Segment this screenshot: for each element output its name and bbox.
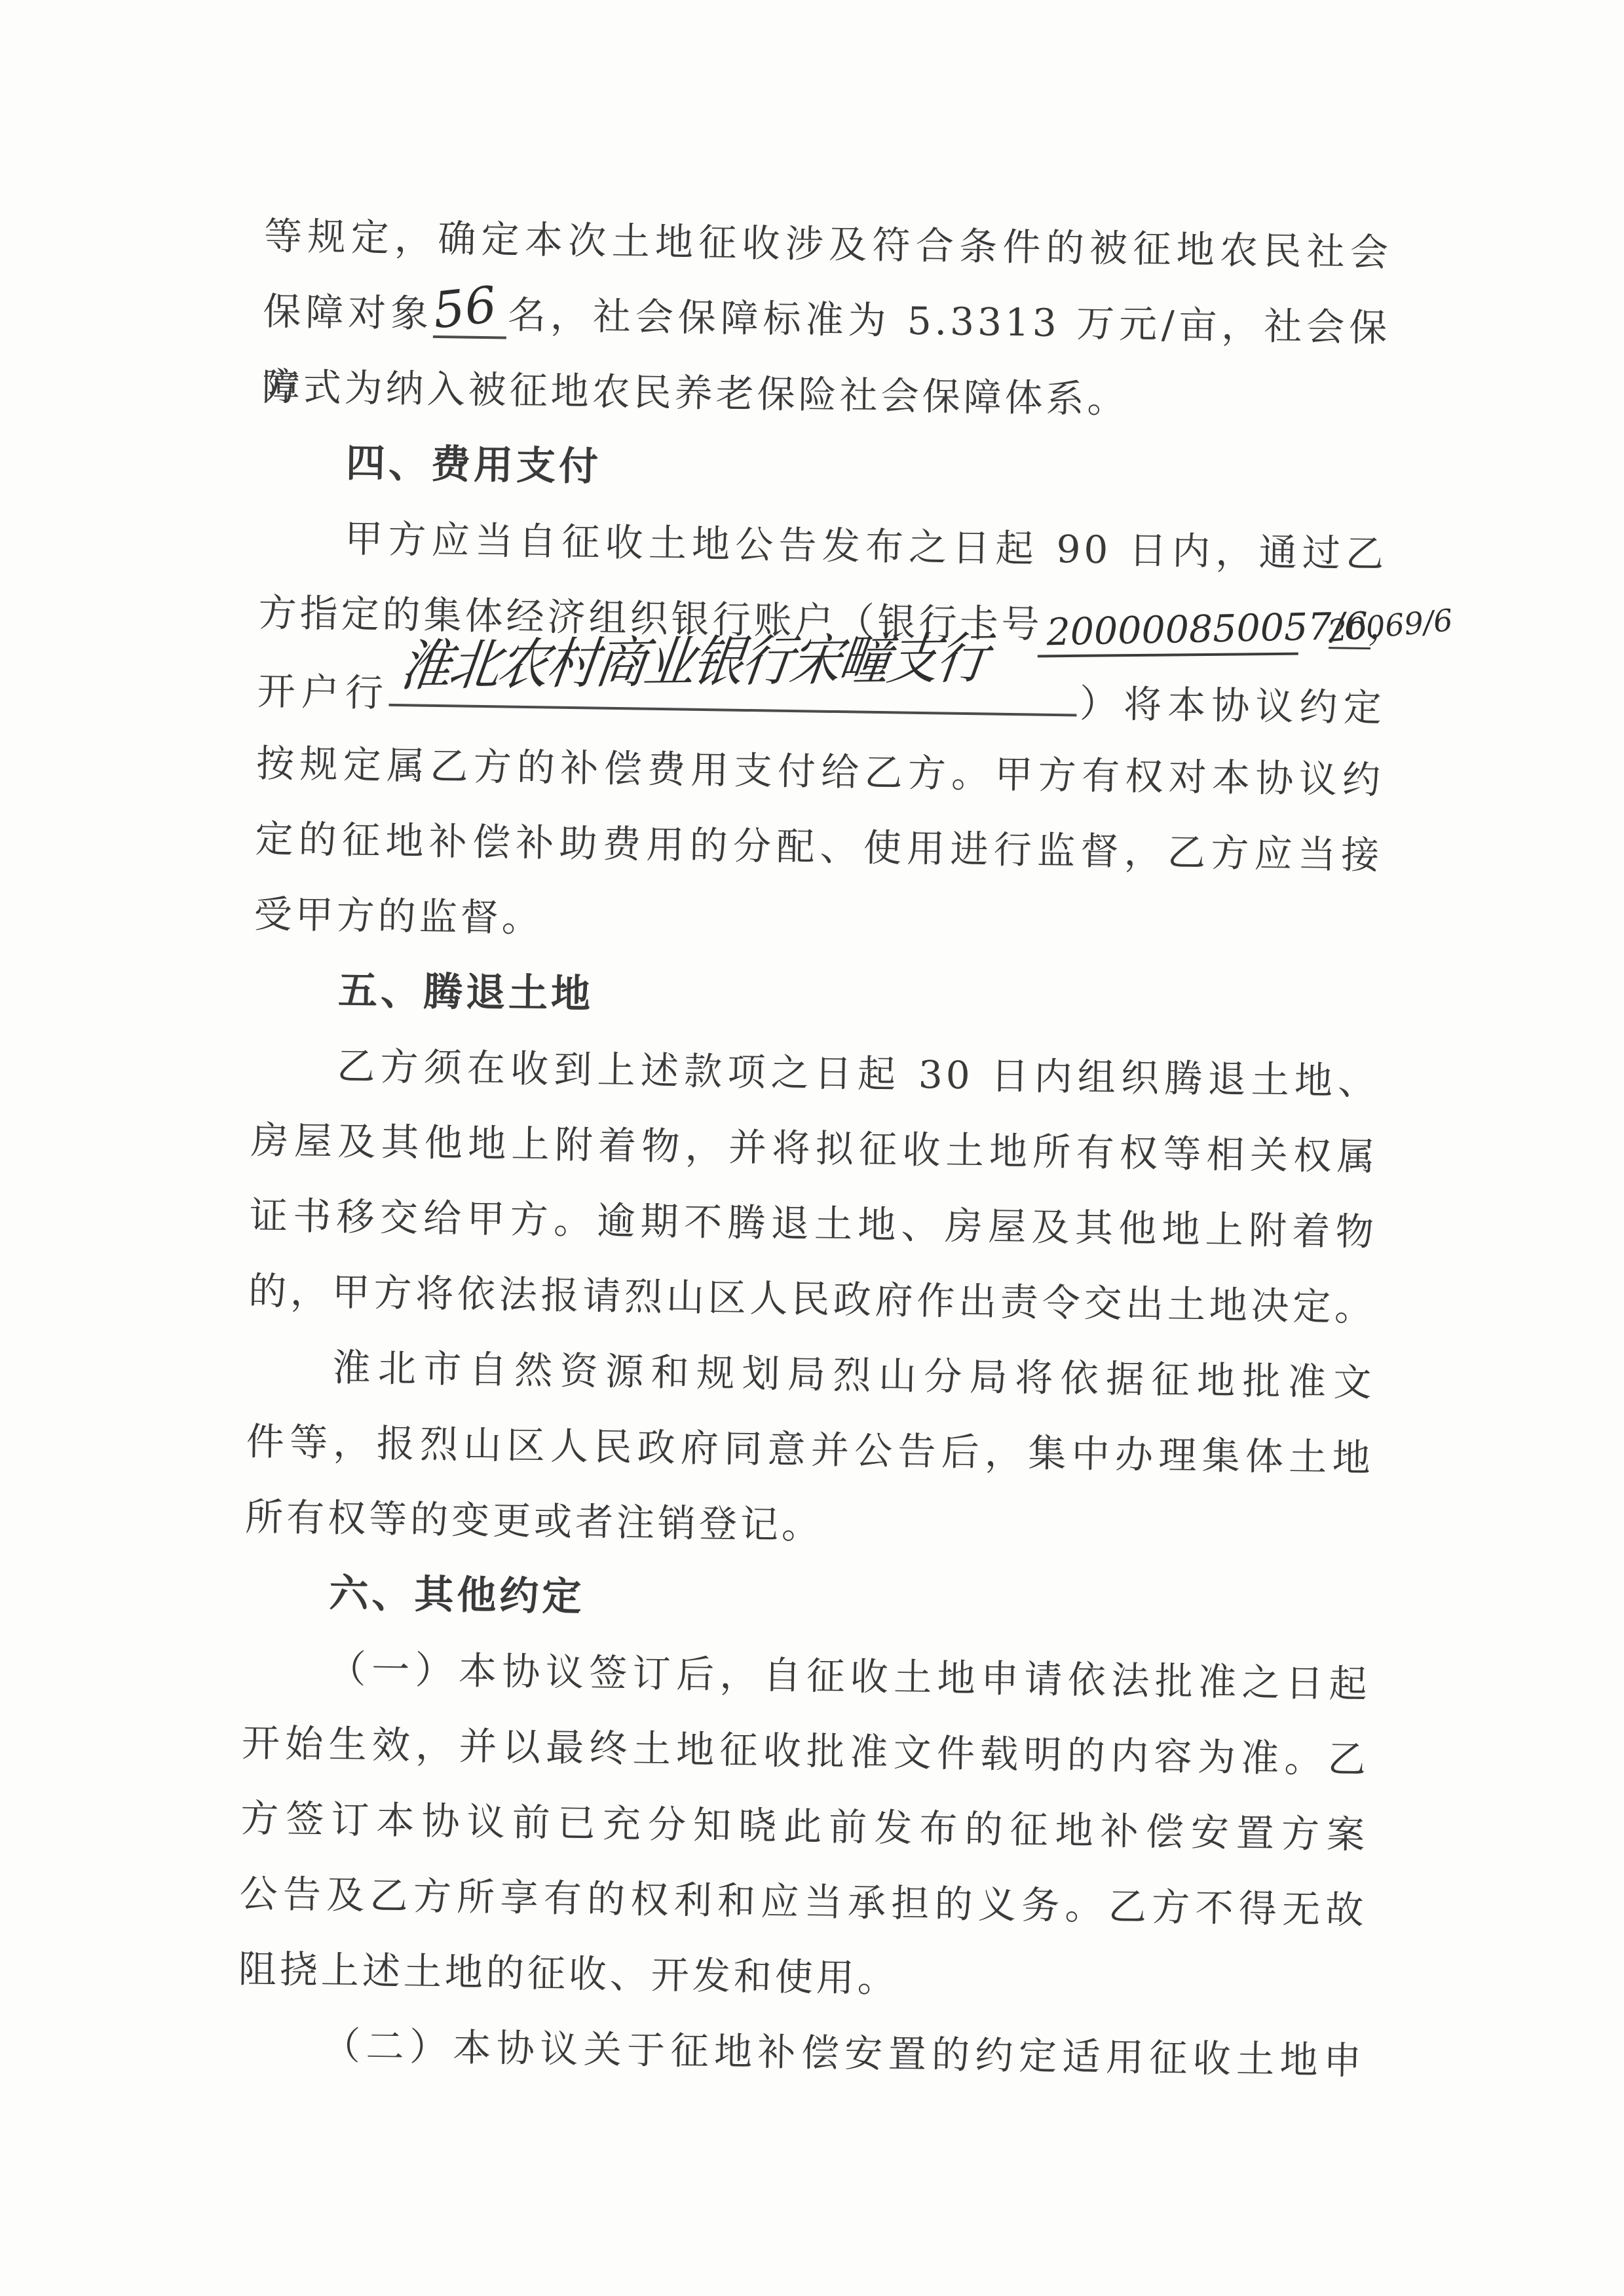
count-blank-underline: 56 <box>433 284 507 339</box>
doc-line-25: （二）本协议关于征地补偿安置的约定适用征收土地申 <box>236 2007 1365 2099</box>
handwritten-bank-branch: 淮北农村商业银行宋疃支行 <box>396 619 991 705</box>
doc-line-2-before: 保障对象 <box>263 289 434 336</box>
doc-line-7-after: ）将本协议约定 <box>1076 681 1385 730</box>
handwritten-count: 56 <box>430 279 499 337</box>
doc-line-7-before: 开户行 <box>257 669 389 716</box>
document-page: 等规定，确定本次土地征收涉及符合条件的被征地农民社会 保障对象56名，社会保障标… <box>0 0 1624 2296</box>
document-content: 等规定，确定本次土地征收涉及符合条件的被征地农民社会 保障对象56名，社会保障标… <box>236 199 1391 2099</box>
